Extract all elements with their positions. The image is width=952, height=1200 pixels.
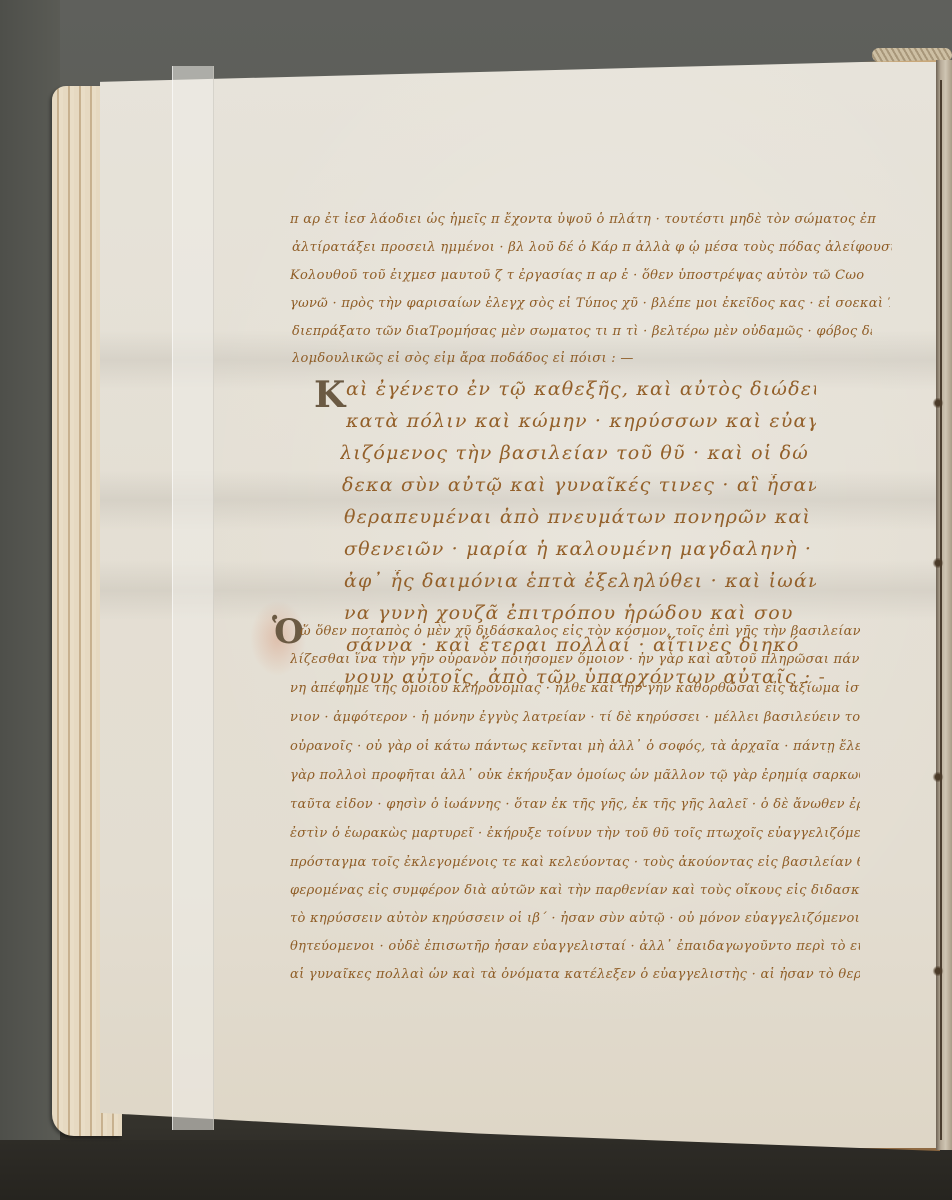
stitch-hole-icon xyxy=(932,966,944,976)
stitch-hole-icon xyxy=(932,772,944,782)
text-line: γωνῶ · πρὸς τὴν φαρισαίων ἐλεγχ σὸς εἰ Τ… xyxy=(290,296,890,314)
text-line: Κολουθοῦ τοῦ ἐιχμεσ μαυτοῦ ζ τ ἐργασίας … xyxy=(290,268,890,286)
text-line: ἐστὶν ὁ ἑωρακὼς μαρτυρεῖ · ἐκήρυξε τοίνυ… xyxy=(290,826,860,844)
text-line: διεπράξατο τῶν διαΤρομήσας μὲν σωματος τ… xyxy=(292,324,872,342)
text-line: λίζεσθαι ἵνα τὴν γῆν οὐρανὸν ποιήσομεν ὅ… xyxy=(290,652,860,670)
binding-gutter xyxy=(936,60,952,1150)
text-line: κατὰ πόλιν καὶ κώμην · κηρύσσων καὶ εὐαγ… xyxy=(346,410,816,436)
text-line: ἀφ᾽ ἧς δαιμόνια ἑπτὰ ἐξεληλύθει · καὶ ἰω… xyxy=(344,570,816,596)
gutter-fold-line xyxy=(940,80,942,1140)
text-line: ὥ ὅθεν ποταπὸς ὁ μὲν χῦ διδάσκαλος εἰς τ… xyxy=(300,624,860,642)
initial-capital: Κ xyxy=(314,374,345,416)
text-line: γὰρ πολλοὶ προφῆται ἀλλ᾽ οὐκ ἐκήρυξαν ὁμ… xyxy=(290,768,860,786)
text-line: δεκα σὺν αὐτῷ καὶ γυναῖκές τινες · αἳ ἦσ… xyxy=(342,474,816,500)
text-line: νιον · ἀμφότερον · ἡ μόνην ἐγγὺς λατρεία… xyxy=(290,710,860,728)
background-left xyxy=(0,0,60,1200)
text-line: αἱ γυναῖκες πολλαὶ ὧν καὶ τὰ ὀνόματα κατ… xyxy=(290,967,860,985)
text-line: πρόσταγμα τοῖς ἐκλεγομένοις τε καὶ κελεύ… xyxy=(290,855,860,873)
text-line: νη ἀπέφημε τῆς ὁμοίου κληρονομίας · ἦλθε… xyxy=(290,681,860,699)
stitch-hole-icon xyxy=(932,558,944,568)
text-line: π αρ ἐτ ἰεσ λάοδιει ὡς ἡμεῖς π ἔχοντα ὑψ… xyxy=(290,212,890,230)
text-line: θητεύομενοι · οὐδὲ ἐπισωτῆρ ἦσαν εὐαγγελ… xyxy=(290,939,860,957)
text-line: λιζόμενος τὴν βασιλείαν τοῦ θῦ · καὶ οἱ … xyxy=(340,442,816,468)
repair-tape-strip xyxy=(172,66,214,1130)
text-line: φερομένας εἰς συμφέρον διὰ αὐτῶν καὶ τὴν… xyxy=(290,883,860,901)
initial-capital: Ὁ xyxy=(272,612,304,652)
text-line: ταῦτα εἶδον · φησὶν ὁ ἰωάννης · ὅταν ἐκ … xyxy=(290,797,860,815)
text-line: θεραπευμέναι ἀπὸ πνευμάτων πονηρῶν καὶ ἀ xyxy=(344,506,816,532)
text-line: λομδουλικῶς εἰ σὸς εἰμ ἄρα ποδάδος εἰ πό… xyxy=(292,351,652,369)
text-line: τὸ κηρύσσειν αὐτὸν κηρύσσειν οἱ ιβ΄ · ἦσ… xyxy=(290,911,860,929)
background-table xyxy=(0,1140,952,1200)
text-line: οὐρανοῖς · οὐ γὰρ οἱ κάτω πάντως κεῖνται… xyxy=(290,739,860,757)
text-line: αὶ ἐγένετο ἐν τῷ καθεξῆς, καὶ αὐτὸς διώδ… xyxy=(346,378,816,404)
text-line: σθενειῶν · μαρία ἡ καλουμένη μαγδαληνὴ · xyxy=(344,538,816,564)
text-line: ἀλτίρατάξει προσειλ ημμένοι · βλ λοῦ δέ … xyxy=(292,240,892,258)
stitch-hole-icon xyxy=(932,398,944,408)
